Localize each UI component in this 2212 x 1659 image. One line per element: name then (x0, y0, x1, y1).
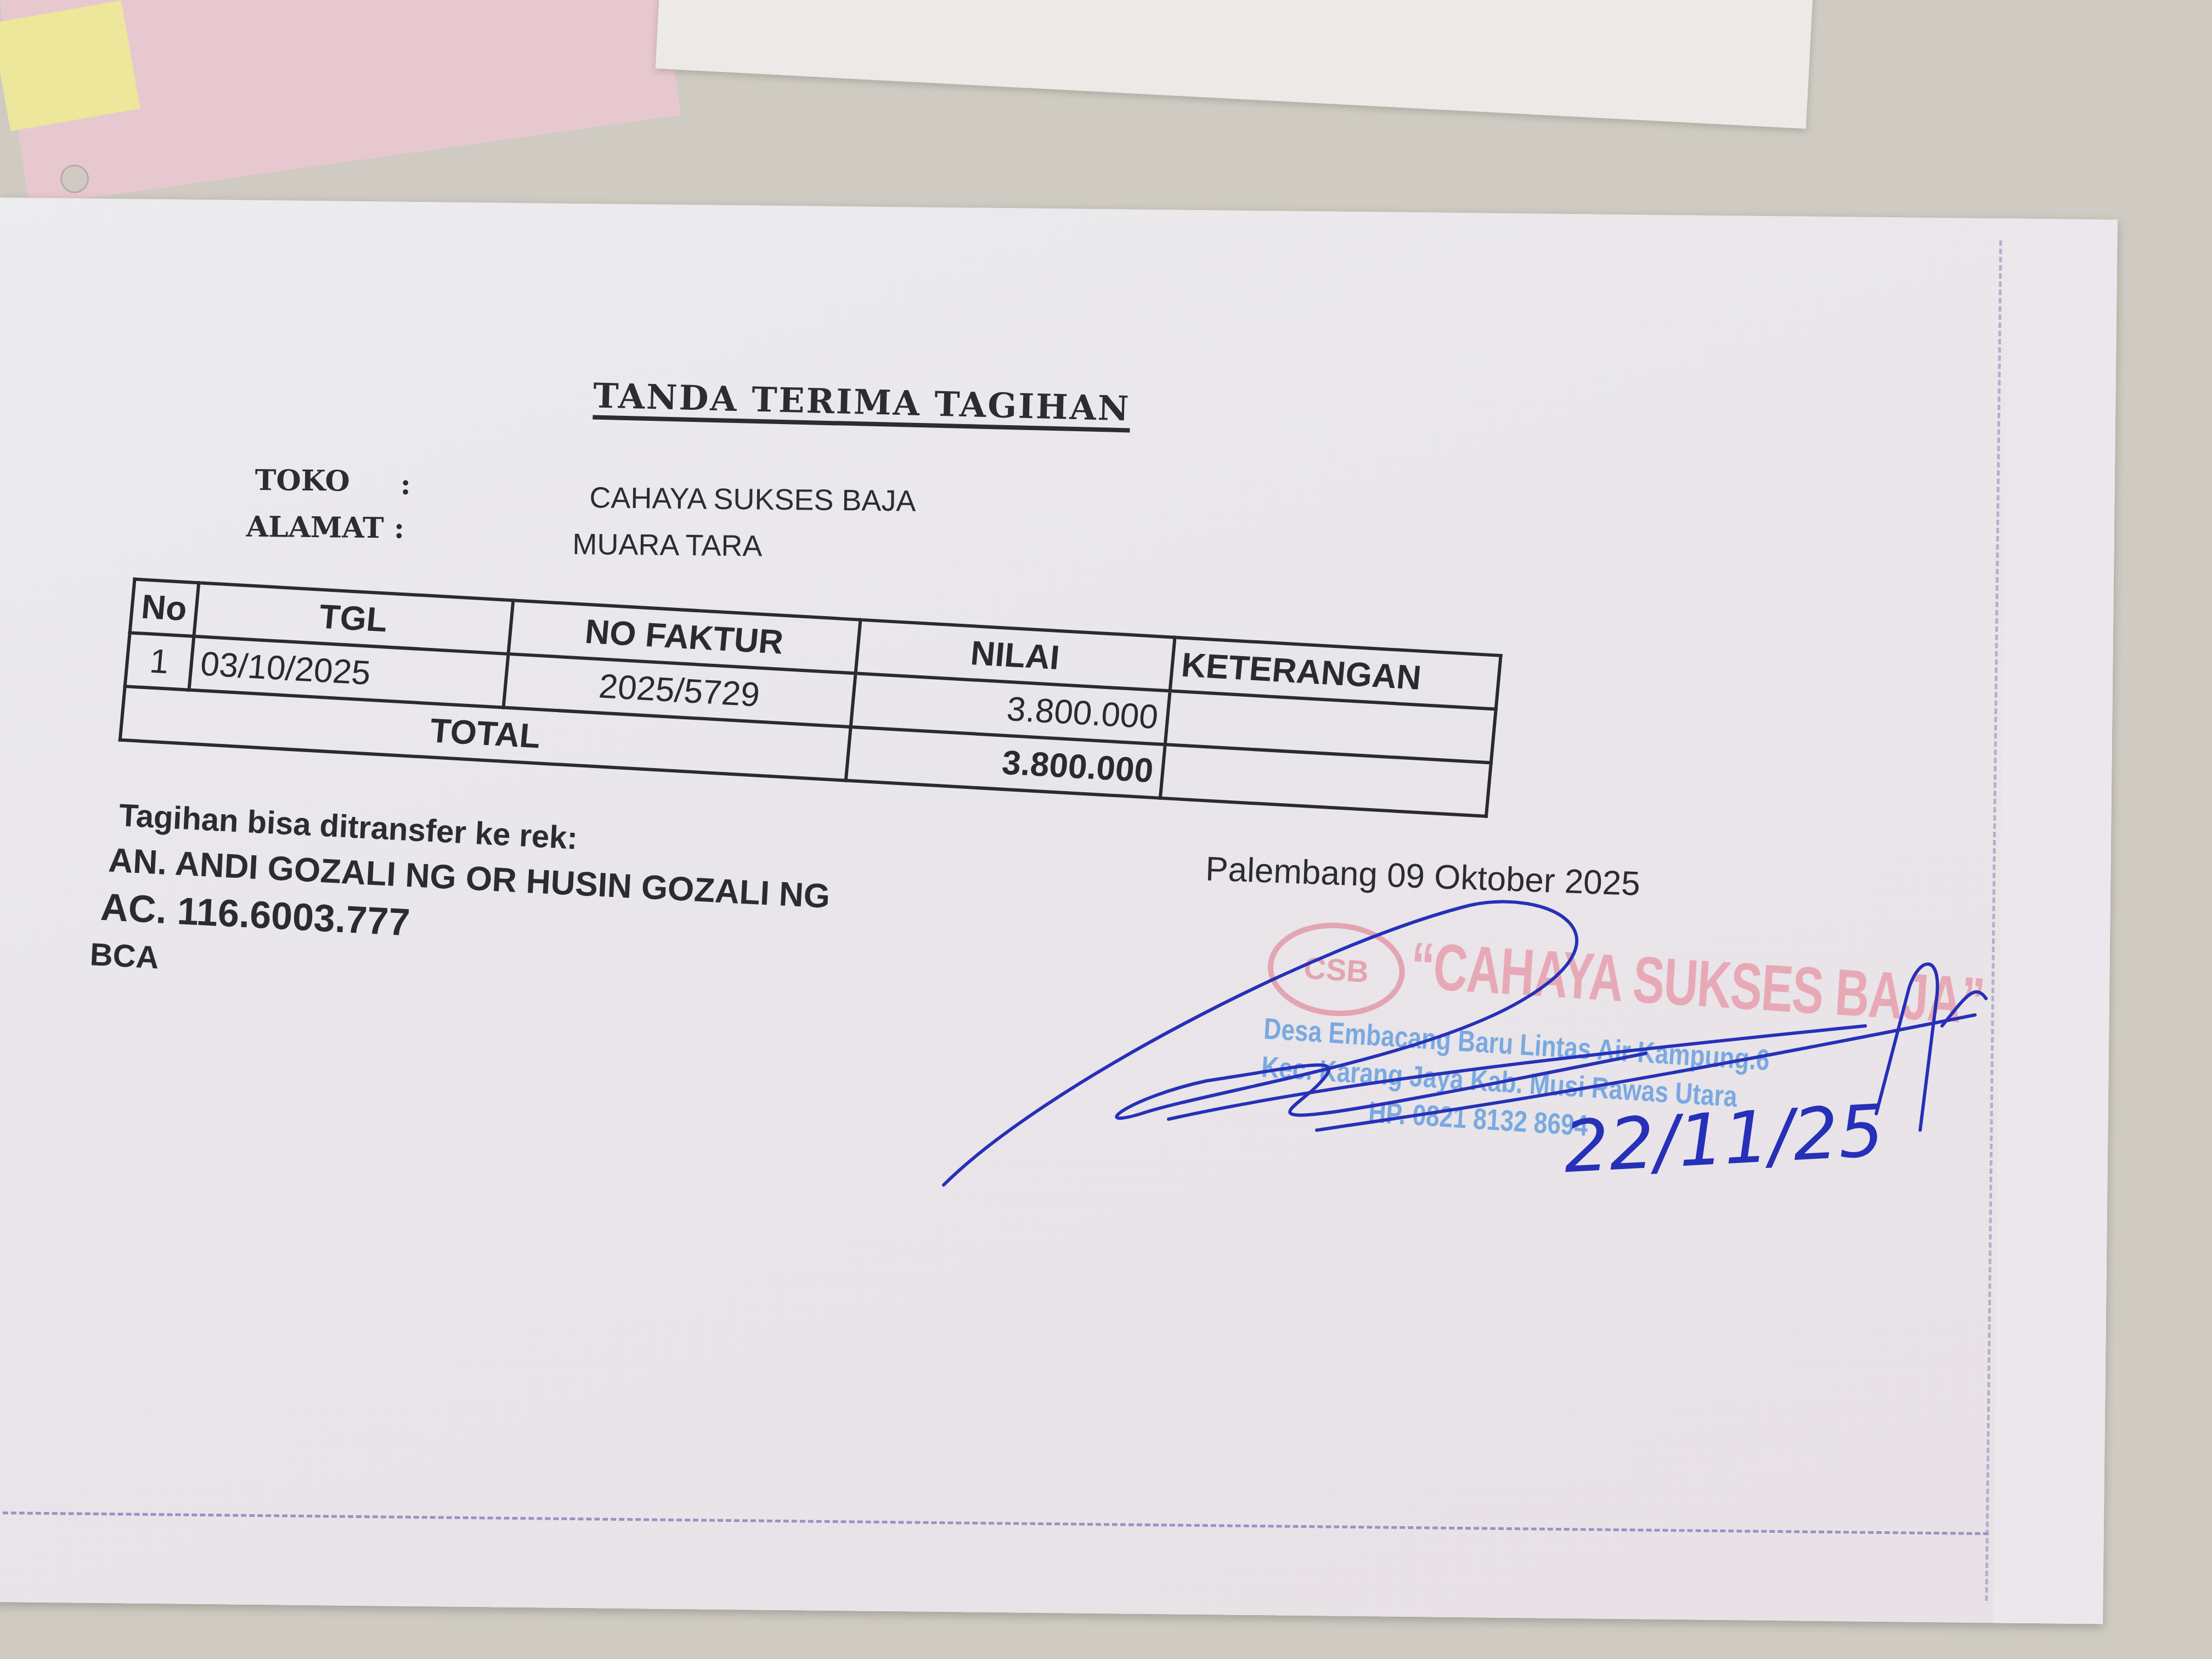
payment-info: Tagihan bisa ditransfer ke rek: AN. ANDI… (111, 797, 833, 1009)
signature-icon (933, 856, 2030, 1240)
binder-hole (60, 165, 89, 193)
alamat-value: MUARA TARA (572, 527, 763, 563)
toko-separator: : (400, 468, 411, 501)
background-white-paper (656, 0, 1814, 129)
background-yellow-paper (0, 1, 140, 132)
document-title: TANDA TERIMA TAGIHAN (592, 376, 1131, 429)
alamat-label: ALAMAT : (246, 510, 404, 545)
cell-no: 1 (125, 633, 194, 690)
header-no: No (130, 579, 199, 636)
handwritten-date: 22/11/25 (1561, 1089, 1886, 1189)
invoice-table: No TGL NO FAKTUR NILAI KETERANGAN 1 03/1… (119, 578, 1503, 819)
toko-label: TOKO (255, 464, 350, 498)
toko-value: CAHAYA SUKSES BAJA (589, 481, 916, 518)
